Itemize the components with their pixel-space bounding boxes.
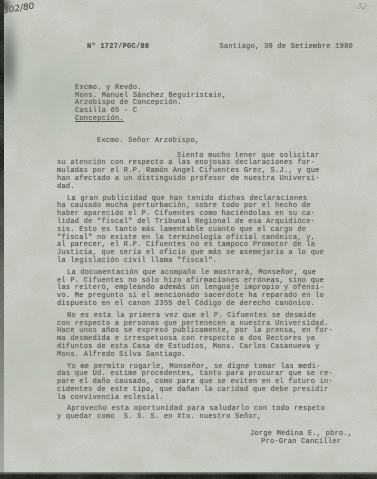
scan-edge-bottom xyxy=(0,472,377,479)
letter-date: Santiago, 30 de Setiembre 1980 xyxy=(219,44,353,52)
signature-block: Jorge Medina E., pbro., Pro-Gran Cancill… xyxy=(250,431,352,447)
letter-paragraph: La gran publicidad que han tenido dichas… xyxy=(57,196,353,266)
letter-scan-page: 302/80 32 N° 1727/PGC/80 Santiago, 30 de… xyxy=(0,0,377,479)
salutation: Excmo. Señor Arzobispo, xyxy=(97,138,353,146)
signature-title: Pro-Gran Canciller xyxy=(250,439,352,447)
letter-body: N° 1727/PGC/80 Santiago, 30 de Setiembre… xyxy=(57,0,353,447)
letter-header-row: N° 1727/PGC/80 Santiago, 30 de Setiembre… xyxy=(57,0,353,52)
letter-paragraph: Yo me permito rogarle, Monseñor, se dign… xyxy=(57,364,353,403)
letter-paragraph: Siento mucho tener que solicitar su aten… xyxy=(57,153,353,192)
reference-number: N° 1727/PGC/80 xyxy=(87,44,149,52)
letter-paragraph: La documentación que acompaño le mostrar… xyxy=(57,270,353,309)
recipient-block: Excmo. y Revdo. Mons. Manuel Sánchez Beg… xyxy=(75,85,353,116)
scan-edge-left xyxy=(0,0,4,479)
corner-mark: 32 xyxy=(356,1,367,11)
letter-paragraph: No es esta la primera vez que el P. Cifu… xyxy=(57,313,353,360)
recipient-city: Concepción. xyxy=(75,116,353,124)
letter-paragraph: Aprovecho esta oportunidad para saludarl… xyxy=(57,406,353,422)
